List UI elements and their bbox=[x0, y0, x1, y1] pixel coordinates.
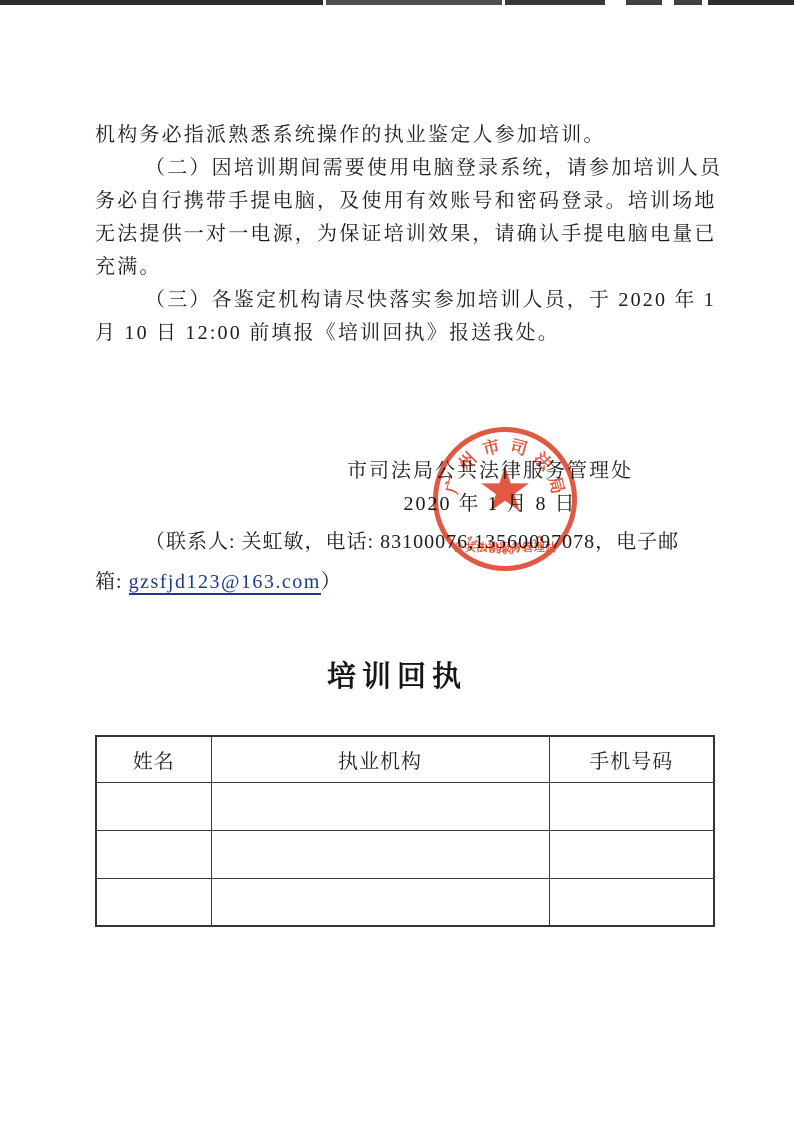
signature-date: 2020 年 1 月 8 日 bbox=[340, 488, 640, 521]
table-cell-empty bbox=[96, 878, 211, 926]
table-cell-empty bbox=[211, 878, 549, 926]
scan-artifact-top-edge bbox=[0, 0, 794, 6]
notice-body: 机构务必指派熟悉系统操作的执业鉴定人参加培训。 （二）因培训期间需要使用电脑登录… bbox=[95, 119, 713, 350]
body-line-5: 充满。 bbox=[95, 251, 713, 284]
table-header-phone: 手机号码 bbox=[549, 736, 714, 782]
body-line-7: 月 10 日 12:00 前填报《培训回执》报送我处。 bbox=[95, 317, 713, 350]
contact-line-1: （联系人: 关虹敏，电话: 83100076,13560097078，电子邮 bbox=[95, 526, 679, 559]
document-page: 机构务必指派熟悉系统操作的执业鉴定人参加培训。 （二）因培训期间需要使用电脑登录… bbox=[0, 0, 794, 1122]
contact-email-link[interactable]: gzsfjd123@163.com bbox=[129, 571, 321, 595]
contact-line-2-prefix: 箱: bbox=[95, 571, 129, 593]
table-cell-empty bbox=[549, 782, 714, 830]
signature-department: 市司法局公共法律服务管理处 bbox=[340, 455, 640, 488]
body-line-2: （二）因培训期间需要使用电脑登录系统，请参加培训人员 bbox=[95, 152, 713, 185]
contact-line-2-suffix: ） bbox=[321, 571, 342, 593]
table-row bbox=[96, 878, 714, 926]
body-line-6: （三）各鉴定机构请尽快落实参加培训人员，于 2020 年 1 bbox=[95, 284, 713, 317]
receipt-title: 培训回执 bbox=[0, 655, 794, 700]
table-cell-empty bbox=[211, 782, 549, 830]
receipt-table: 姓名 执业机构 手机号码 bbox=[95, 735, 715, 927]
contact-line-2: 箱: gzsfjd123@163.com） bbox=[95, 566, 342, 599]
table-cell-empty bbox=[96, 782, 211, 830]
table-cell-empty bbox=[96, 830, 211, 878]
table-row bbox=[96, 782, 714, 830]
table-cell-empty bbox=[549, 878, 714, 926]
table-row bbox=[96, 830, 714, 878]
signature-block: 市司法局公共法律服务管理处 2020 年 1 月 8 日 bbox=[340, 455, 640, 521]
body-line-4: 无法提供一对一电源，为保证培训效果，请确认手提电脑电量已 bbox=[95, 218, 713, 251]
table-cell-empty bbox=[549, 830, 714, 878]
table-header-name: 姓名 bbox=[96, 736, 211, 782]
table-header-org: 执业机构 bbox=[211, 736, 549, 782]
table-cell-empty bbox=[211, 830, 549, 878]
body-line-3: 务必自行携带手提电脑，及使用有效账号和密码登录。培训场地 bbox=[95, 185, 713, 218]
table-header-row: 姓名 执业机构 手机号码 bbox=[96, 736, 714, 782]
body-line-1: 机构务必指派熟悉系统操作的执业鉴定人参加培训。 bbox=[95, 119, 713, 152]
